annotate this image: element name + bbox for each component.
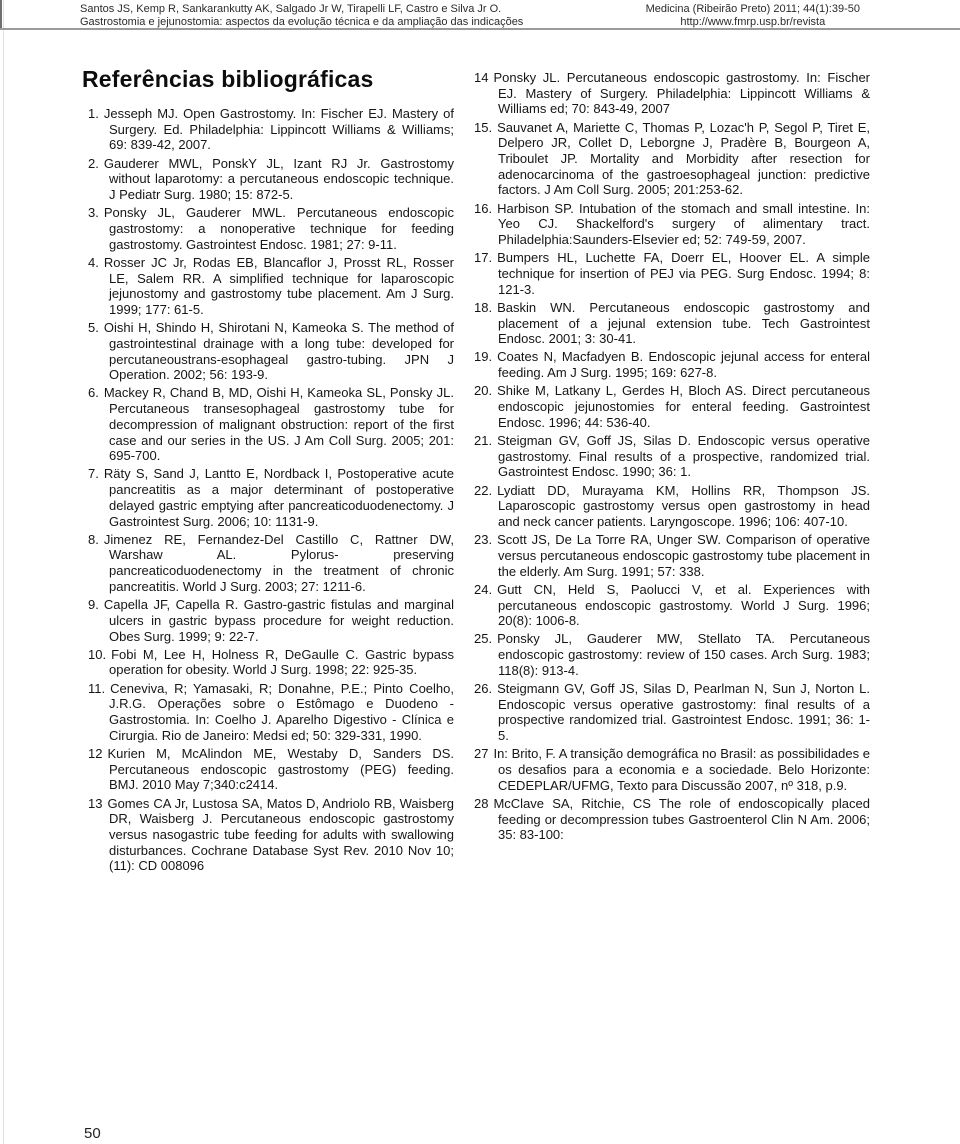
reference-entry: 6.Mackey R, Chand B, MD, Oishi H, Kameok… bbox=[88, 385, 454, 464]
reference-text: Harbison SP. Intubation of the stomach a… bbox=[497, 201, 870, 247]
scan-edge-line bbox=[3, 0, 4, 1144]
reference-number: 2. bbox=[88, 156, 99, 171]
reference-text: Shike M, Latkany L, Gerdes H, Bloch AS. … bbox=[497, 383, 870, 429]
reference-entry: 17.Bumpers HL, Luchette FA, Doerr EL, Ho… bbox=[474, 250, 870, 297]
reference-number: 14 bbox=[474, 70, 488, 85]
reference-text: Oishi H, Shindo H, Shirotani N, Kameoka … bbox=[104, 320, 454, 382]
reference-text: Gomes CA Jr, Lustosa SA, Matos D, Andrio… bbox=[107, 796, 454, 874]
reference-text: Gauderer MWL, PonskY JL, Izant RJ Jr. Ga… bbox=[104, 156, 454, 202]
reference-entry: 25.Ponsky JL, Gauderer MW, Stellato TA. … bbox=[474, 631, 870, 678]
reference-number: 24. bbox=[474, 582, 492, 597]
reference-number: 22. bbox=[474, 483, 492, 498]
reference-number: 5. bbox=[88, 320, 99, 335]
reference-text: Scott JS, De La Torre RA, Unger SW. Comp… bbox=[497, 532, 870, 578]
reference-text: Bumpers HL, Luchette FA, Doerr EL, Hoove… bbox=[497, 250, 870, 296]
references-right-column: 14Ponsky JL. Percutaneous endoscopic gas… bbox=[474, 70, 870, 846]
reference-text: Coates N, Macfadyen B. Endoscopic jejuna… bbox=[497, 349, 870, 380]
reference-text: Gutt CN, Held S, Paolucci V, et al. Expe… bbox=[497, 582, 870, 628]
reference-entry: 12Kurien M, McAlindon ME, Westaby D, San… bbox=[88, 746, 454, 793]
reference-text: Ponsky JL. Percutaneous endoscopic gastr… bbox=[493, 70, 870, 116]
reference-entry: 1.Jesseph MJ. Open Gastrostomy. In: Fisc… bbox=[88, 106, 454, 153]
reference-entry: 5.Oishi H, Shindo H, Shirotani N, Kameok… bbox=[88, 320, 454, 383]
reference-text: McClave SA, Ritchie, CS The role of endo… bbox=[493, 796, 870, 842]
reference-text: Ponsky JL, Gauderer MW, Stellato TA. Per… bbox=[497, 631, 870, 677]
reference-entry: 18.Baskin WN. Percutaneous endoscopic ga… bbox=[474, 300, 870, 347]
reference-number: 9. bbox=[88, 597, 99, 612]
reference-text: Sauvanet A, Mariette C, Thomas P, Lozac'… bbox=[497, 120, 870, 198]
reference-text: Fobi M, Lee H, Holness R, DeGaulle C. Ga… bbox=[109, 647, 454, 678]
reference-text: Kurien M, McAlindon ME, Westaby D, Sande… bbox=[107, 746, 454, 792]
header-divider bbox=[0, 28, 960, 30]
reference-entry: 10.Fobi M, Lee H, Holness R, DeGaulle C.… bbox=[88, 647, 454, 678]
reference-number: 19. bbox=[474, 349, 492, 364]
reference-number: 28 bbox=[474, 796, 488, 811]
reference-entry: 20.Shike M, Latkany L, Gerdes H, Bloch A… bbox=[474, 383, 870, 430]
reference-text: Mackey R, Chand B, MD, Oishi H, Kameoka … bbox=[104, 385, 454, 463]
reference-text: Steigmann GV, Goff JS, Silas D, Pearlman… bbox=[497, 681, 870, 743]
reference-number: 18. bbox=[474, 300, 492, 315]
references-left-column: 1.Jesseph MJ. Open Gastrostomy. In: Fisc… bbox=[88, 106, 454, 877]
reference-number: 27 bbox=[474, 746, 488, 761]
reference-number: 25. bbox=[474, 631, 492, 646]
reference-text: Rosser JC Jr, Rodas EB, Blancaflor J, Pr… bbox=[104, 255, 454, 317]
reference-number: 21. bbox=[474, 433, 492, 448]
reference-entry: 26.Steigmann GV, Goff JS, Silas D, Pearl… bbox=[474, 681, 870, 744]
reference-number: 20. bbox=[474, 383, 492, 398]
reference-number: 26. bbox=[474, 681, 492, 696]
references-section-title: Referências bibliográficas bbox=[82, 66, 374, 93]
reference-number: 13 bbox=[88, 796, 102, 811]
reference-entry: 19.Coates N, Macfadyen B. Endoscopic jej… bbox=[474, 349, 870, 380]
reference-entry: 8.Jimenez RE, Fernandez-Del Castillo C, … bbox=[88, 532, 454, 595]
reference-number: 17. bbox=[474, 250, 492, 265]
reference-text: Ceneviva, R; Yamasaki, R; Donahne, P.E.;… bbox=[109, 681, 454, 743]
reference-text: Jesseph MJ. Open Gastrostomy. In: Fische… bbox=[104, 106, 454, 152]
document-page: Santos JS, Kemp R, Sankarankutty AK, Sal… bbox=[0, 0, 960, 1144]
reference-entry: 16.Harbison SP. Intubation of the stomac… bbox=[474, 201, 870, 248]
reference-number: 7. bbox=[88, 466, 99, 481]
running-head: Santos JS, Kemp R, Sankarankutty AK, Sal… bbox=[80, 3, 860, 28]
reference-number: 11. bbox=[88, 681, 105, 696]
reference-number: 10. bbox=[88, 647, 106, 662]
reference-number: 3. bbox=[88, 205, 99, 220]
header-article-title: Gastrostomia e jejunostomia: aspectos da… bbox=[80, 16, 523, 29]
reference-text: Baskin WN. Percutaneous endoscopic gastr… bbox=[497, 300, 870, 346]
reference-number: 12 bbox=[88, 746, 102, 761]
reference-text: Jimenez RE, Fernandez-Del Castillo C, Ra… bbox=[104, 532, 454, 594]
reference-entry: 3.Ponsky JL, Gauderer MWL. Percutaneous … bbox=[88, 205, 454, 252]
reference-number: 6. bbox=[88, 385, 99, 400]
running-head-left: Santos JS, Kemp R, Sankarankutty AK, Sal… bbox=[80, 3, 523, 28]
header-authors: Santos JS, Kemp R, Sankarankutty AK, Sal… bbox=[80, 3, 523, 16]
reference-entry: 4.Rosser JC Jr, Rodas EB, Blancaflor J, … bbox=[88, 255, 454, 318]
reference-entry: 23.Scott JS, De La Torre RA, Unger SW. C… bbox=[474, 532, 870, 579]
reference-entry: 11.Ceneviva, R; Yamasaki, R; Donahne, P.… bbox=[88, 681, 454, 744]
reference-entry: 7.Räty S, Sand J, Lantto E, Nordback I, … bbox=[88, 466, 454, 529]
reference-entry: 9.Capella JF, Capella R. Gastro-gastric … bbox=[88, 597, 454, 644]
reference-text: Steigman GV, Goff JS, Silas D. Endoscopi… bbox=[497, 433, 870, 479]
reference-number: 23. bbox=[474, 532, 492, 547]
reference-number: 4. bbox=[88, 255, 99, 270]
header-journal-url: http://www.fmrp.usp.br/revista bbox=[646, 16, 860, 29]
reference-entry: 21.Steigman GV, Goff JS, Silas D. Endosc… bbox=[474, 433, 870, 480]
reference-number: 1. bbox=[88, 106, 99, 121]
reference-number: 15. bbox=[474, 120, 492, 135]
reference-text: Lydiatt DD, Murayama KM, Hollins RR, Tho… bbox=[497, 483, 870, 529]
header-journal-citation: Medicina (Ribeirão Preto) 2011; 44(1):39… bbox=[646, 3, 860, 16]
reference-entry: 14Ponsky JL. Percutaneous endoscopic gas… bbox=[474, 70, 870, 117]
reference-text: Räty S, Sand J, Lantto E, Nordback I, Po… bbox=[104, 466, 454, 528]
reference-entry: 15.Sauvanet A, Mariette C, Thomas P, Loz… bbox=[474, 120, 870, 199]
reference-text: In: Brito, F. A transição demográfica no… bbox=[493, 746, 870, 792]
reference-entry: 13Gomes CA Jr, Lustosa SA, Matos D, Andr… bbox=[88, 796, 454, 875]
reference-entry: 24.Gutt CN, Held S, Paolucci V, et al. E… bbox=[474, 582, 870, 629]
reference-entry: 27In: Brito, F. A transição demográfica … bbox=[474, 746, 870, 793]
reference-number: 16. bbox=[474, 201, 492, 216]
reference-text: Ponsky JL, Gauderer MWL. Percutaneous en… bbox=[104, 205, 454, 251]
reference-entry: 2.Gauderer MWL, PonskY JL, Izant RJ Jr. … bbox=[88, 156, 454, 203]
running-head-right: Medicina (Ribeirão Preto) 2011; 44(1):39… bbox=[646, 3, 860, 28]
page-number: 50 bbox=[84, 1125, 101, 1142]
reference-entry: 22.Lydiatt DD, Murayama KM, Hollins RR, … bbox=[474, 483, 870, 530]
reference-text: Capella JF, Capella R. Gastro-gastric fi… bbox=[104, 597, 454, 643]
scan-edge-mark bbox=[0, 0, 2, 30]
reference-entry: 28McClave SA, Ritchie, CS The role of en… bbox=[474, 796, 870, 843]
reference-number: 8. bbox=[88, 532, 99, 547]
